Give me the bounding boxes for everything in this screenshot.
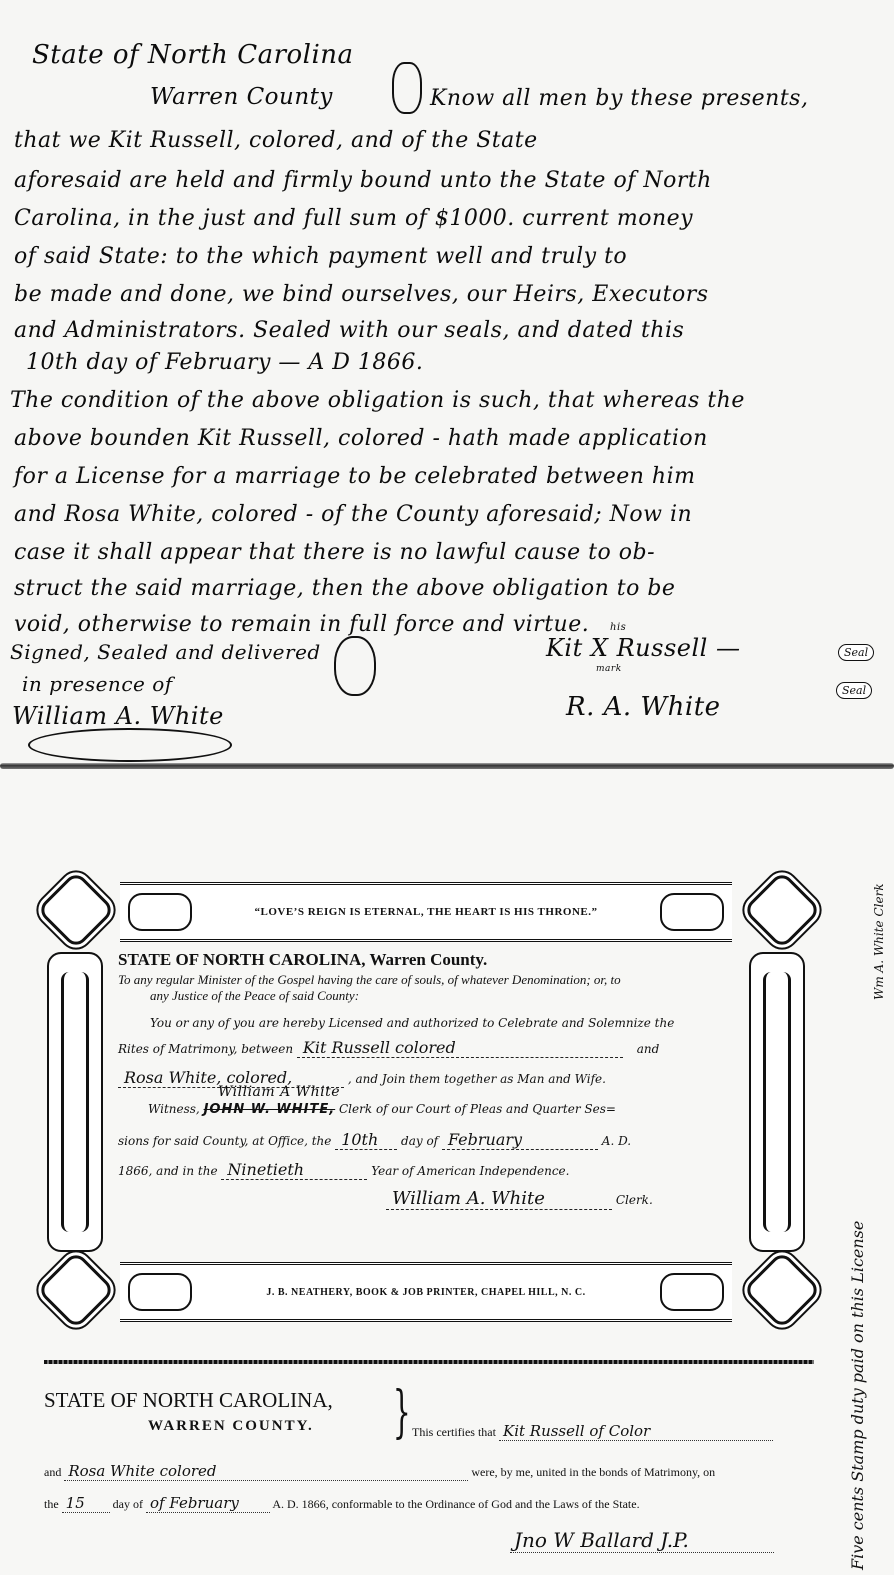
page-fold-divider xyxy=(0,763,894,769)
corner-ornament-bl xyxy=(36,1250,110,1324)
license-year: 1866 xyxy=(118,1164,149,1178)
corner-ornament-tr xyxy=(742,870,816,944)
license-county: Warren County. xyxy=(369,950,487,969)
groom-name-field: Kit Russell colored xyxy=(297,1038,623,1058)
surety-signature: R. A. White xyxy=(566,692,721,722)
independence-year-field: Ninetieth xyxy=(221,1160,367,1180)
in-presence-of: in presence of xyxy=(22,672,173,696)
bond-line-6: be made and done, we bind ourselves, our… xyxy=(14,282,709,307)
cert-ad-year: A. D. 1866 xyxy=(272,1497,325,1511)
clerk-handwritten-name: William A White xyxy=(218,1084,340,1100)
cert-day-of-label: day of xyxy=(113,1497,143,1511)
certificate-county: WARREN COUNTY. xyxy=(148,1418,314,1435)
license-body-line1: You or any of you are hereby Licensed an… xyxy=(150,1016,770,1030)
mark-label: mark xyxy=(596,664,622,674)
certificate-month-field: of February xyxy=(146,1494,270,1513)
clerk-of-text: Clerk of our Court of Pleas and Quarter … xyxy=(339,1102,616,1116)
stamp-duty-note: Five cents Stamp duty paid on this Licen… xyxy=(848,1221,867,1570)
bond-line-5: of said State: to the which payment well… xyxy=(14,244,627,269)
bond-line-11: for a License for a marriage to be celeb… xyxy=(14,464,696,489)
bond-county: Warren County xyxy=(150,84,333,110)
signature-flourish xyxy=(334,636,376,696)
clerk-signature-row: William A. White Clerk. xyxy=(386,1188,686,1210)
certificate-day-field: 15 xyxy=(62,1494,110,1513)
bride-united-row: and Rosa White colored were, by me, unit… xyxy=(44,1462,715,1481)
rites-prefix: Rites of Matrimony, between xyxy=(118,1042,293,1056)
bond-line-3: aforesaid are held and firmly bound unto… xyxy=(14,168,712,193)
license-month-field: February xyxy=(442,1130,598,1150)
marriage-bond: State of North Carolina Warren County Kn… xyxy=(0,0,894,770)
bride-row: Rosa White, colored, , and Join them tog… xyxy=(118,1068,738,1088)
corner-ornament-br xyxy=(742,1250,816,1324)
certificate-bride-field: Rosa White colored xyxy=(64,1462,468,1481)
bond-line-2: that we Kit Russell, colored, and of the… xyxy=(14,128,538,153)
seal-principal: Seal xyxy=(838,644,874,661)
seal-surety: Seal xyxy=(836,682,872,699)
independence-text: Year of American Independence. xyxy=(371,1164,569,1178)
certificate-state: STATE OF NORTH CAROLINA, xyxy=(44,1388,333,1413)
brace-flourish xyxy=(392,62,422,114)
clerk-label: Clerk. xyxy=(616,1193,653,1207)
corner-ornament-tl xyxy=(36,870,110,944)
wavy-separator xyxy=(44,1360,814,1364)
bond-line-14: struct the said marriage, then the above… xyxy=(14,576,675,601)
united-text: were, by me, united in the bonds of Matr… xyxy=(471,1465,715,1479)
rites-row: Rites of Matrimony, between Kit Russell … xyxy=(118,1038,738,1058)
license-state: STATE OF NORTH CAROLINA, xyxy=(118,950,366,969)
in-the-label: , and in the xyxy=(149,1164,218,1178)
brace-glyph: } xyxy=(393,1385,411,1441)
bond-line-13: case it shall appear that there is no la… xyxy=(14,540,655,565)
witness-signature: William A. White xyxy=(12,702,224,730)
address-line-1: To any regular Minister of the Gospel ha… xyxy=(118,972,758,988)
mark-his: his xyxy=(610,622,626,633)
bottom-printer-band: J. B. NEATHERY, BOOK & JOB PRINTER, CHAP… xyxy=(120,1262,732,1322)
cert-and-label: and xyxy=(44,1465,61,1479)
bond-line-4: Carolina, in the just and full sum of $1… xyxy=(14,206,693,231)
certifies-row: This certifies that Kit Russell of Color xyxy=(412,1422,773,1441)
day-of-label: day of xyxy=(401,1134,438,1148)
bond-line-7: and Administrators. Sealed with our seal… xyxy=(14,318,684,343)
bond-line-10: above bounden Kit Russell, colored - hat… xyxy=(14,426,708,451)
bond-line-1: Know all men by these presents, xyxy=(430,86,808,111)
officiant-signature: Jno W Ballard J.P. xyxy=(510,1528,774,1553)
ad-label: A. D. xyxy=(602,1134,631,1148)
printer-imprint: J. B. NEATHERY, BOOK & JOB PRINTER, CHAP… xyxy=(266,1287,585,1298)
officiant-row: Jno W Ballard J.P. xyxy=(510,1528,774,1553)
sessions-text: sions for said County, at Office, the xyxy=(118,1134,331,1148)
clerk-signature: William A. White xyxy=(386,1188,612,1210)
signed-sealed-delivered: Signed, Sealed and delivered xyxy=(10,640,321,664)
license-day-field: 10th xyxy=(335,1130,397,1150)
struck-clerk-name: JOHN W. WHITE, xyxy=(204,1102,336,1117)
license-address: To any regular Minister of the Gospel ha… xyxy=(118,972,758,1004)
principal-signature: Kit X Russell — xyxy=(546,634,740,662)
top-motto-band: “LOVE’S REIGN IS ETERNAL, THE HEART IS H… xyxy=(120,882,732,942)
left-border-pillar xyxy=(47,952,103,1252)
bond-line-9: The condition of the above obligation is… xyxy=(10,388,745,413)
license-title: STATE OF NORTH CAROLINA, Warren County. xyxy=(118,950,487,970)
bond-line-15: void, otherwise to remain in full force … xyxy=(14,612,589,637)
sessions-row: sions for said County, at Office, the 10… xyxy=(118,1130,738,1150)
year-row: 1866, and in the Ninetieth Year of Ameri… xyxy=(118,1160,738,1180)
certificate-groom-field: Kit Russell of Color xyxy=(499,1422,773,1441)
witness-row: Witness, JOHN W. WHITE, Clerk of our Cou… xyxy=(148,1102,768,1117)
conformable-text: , conformable to the Ordinance of God an… xyxy=(326,1497,640,1511)
the-label: the xyxy=(44,1497,59,1511)
address-line-2: any Justice of the Peace of said County: xyxy=(118,988,758,1004)
witness-prefix: Witness, xyxy=(148,1102,200,1116)
bond-line-12: and Rosa White, colored - of the County … xyxy=(14,502,692,527)
witness-flourish xyxy=(28,728,232,762)
motto: “LOVE’S REIGN IS ETERNAL, THE HEART IS H… xyxy=(255,906,598,918)
certifies-label: This certifies that xyxy=(412,1425,496,1439)
marriage-license: “LOVE’S REIGN IS ETERNAL, THE HEART IS H… xyxy=(36,870,816,1320)
bond-heading: State of North Carolina xyxy=(32,40,354,70)
bond-line-date: 10th day of February — A D 1866. xyxy=(26,350,423,375)
stamp-signer-note: Wm A. White Clerk xyxy=(872,883,886,1000)
date-row: the 15 day of of February A. D. 1866, co… xyxy=(44,1494,640,1513)
and-label: and xyxy=(637,1042,660,1056)
join-text: , and Join them together as Man and Wife… xyxy=(348,1072,606,1086)
